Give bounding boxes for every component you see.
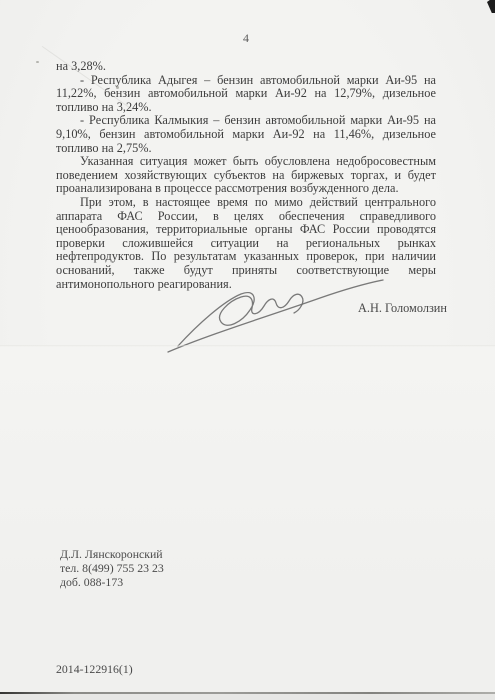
document-code: 2014-122916(1) — [56, 662, 133, 677]
signatory-name: А.Н. Голомолзин — [358, 301, 447, 316]
fold-crease-highlight — [0, 345, 495, 347]
paper-speck — [36, 61, 39, 63]
letter-body: на 3,28%.- Республика Адыгея – бензин ав… — [56, 60, 436, 291]
page-number: 4 — [0, 31, 492, 46]
contact-line: тел. 8(499) 755 23 23 — [60, 561, 164, 575]
paragraph: Указанная ситуация может быть обусловлен… — [56, 155, 436, 196]
contact-line: доб. 088-173 — [60, 575, 164, 589]
scanner-background-strip — [0, 694, 495, 700]
contact-line: Д.Л. Лянскоронский — [60, 547, 164, 561]
staple-shadow-mark — [0, 206, 6, 240]
paragraph: - Республика Адыгея – бензин автомобильн… — [56, 74, 436, 115]
paragraph: - Республика Калмыкия – бензин автомобил… — [56, 114, 436, 155]
scan-corner-mark — [487, 0, 495, 13]
paragraph: на 3,28%. — [56, 60, 436, 74]
lower-sheet-shading — [0, 346, 495, 692]
scanned-letter-page: 4 на 3,28%.- Республика Адыгея – бензин … — [0, 0, 495, 700]
executor-contact-block: Д.Л. Лянскоронскийтел. 8(499) 755 23 23д… — [60, 547, 164, 590]
